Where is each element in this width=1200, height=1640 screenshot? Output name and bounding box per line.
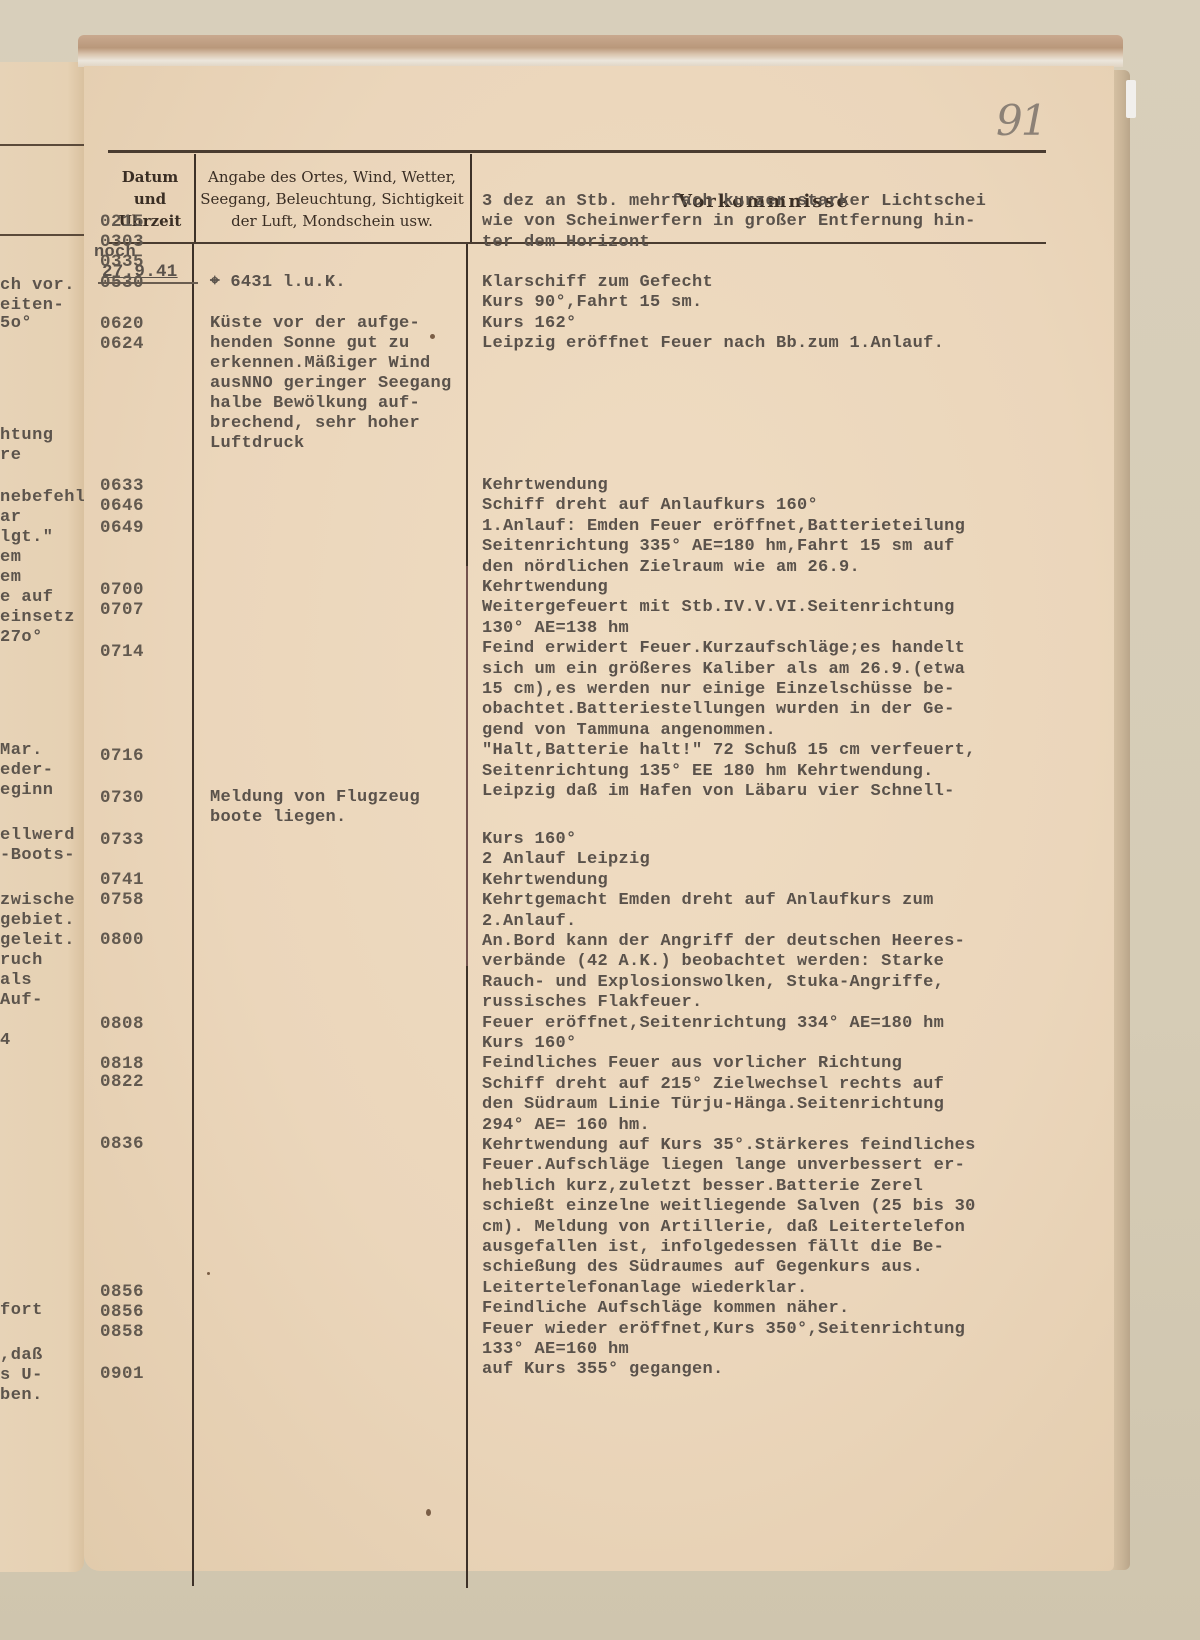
left-page-line: eiten- [0, 296, 82, 315]
time-entry: 0649 [100, 518, 144, 538]
left-page-line: s U- [0, 1366, 82, 1385]
location-line: boote liegen. [210, 808, 347, 828]
left-page-line: eginn [0, 781, 82, 800]
left-page-line: 5o° [0, 314, 82, 333]
event-line: 3 dez an Stb. mehrfach kurzer starker Li… [482, 192, 986, 212]
time-entry: 0856 [100, 1302, 144, 1322]
left-page-line: ben. [0, 1386, 82, 1405]
location-line: Meldung von Flugzeug [210, 788, 420, 808]
left-page-line: eder- [0, 761, 82, 780]
event-line: Schiff dreht auf Anlaufkurs 160° [482, 496, 818, 516]
event-line: An.Bord kann der Angriff der deutschen H… [482, 932, 965, 952]
book-top-edge [78, 35, 1123, 67]
event-line: Klarschiff zum Gefecht [482, 273, 713, 293]
header-top-rule [108, 150, 1046, 153]
event-line: Kurs 162° [482, 314, 577, 334]
time-entry: 0707 [100, 600, 144, 620]
left-page-line: htung [0, 426, 82, 445]
event-line: Seitenrichtung 335° AE=180 hm,Fahrt 15 s… [482, 537, 955, 557]
left-page-line: -Boots- [0, 846, 82, 865]
event-line: den nördlichen Zielraum wie am 26.9. [482, 558, 860, 578]
event-line: "Halt,Batterie halt!" 72 Schuß 15 cm ver… [482, 741, 976, 761]
left-page-line: gebiet. [0, 911, 82, 930]
event-line: 2.Anlauf. [482, 912, 577, 932]
left-page-line: ch vor. [0, 276, 82, 295]
time-entry: 0741 [100, 870, 144, 890]
time-entry: 0822 [100, 1072, 144, 1092]
left-page-line: ar [0, 508, 82, 527]
event-line: sich um ein größeres Kaliber als am 26.9… [482, 660, 965, 680]
event-line: schießt einzelne weitliegende Salven (25… [482, 1197, 976, 1217]
event-line: russisches Flakfeuer. [482, 993, 703, 1013]
event-line: Feuer.Aufschläge liegen lange unverbesse… [482, 1156, 965, 1176]
event-line: cm). Meldung von Artillerie, daß Leitert… [482, 1218, 965, 1238]
event-line: 2 Anlauf Leipzig [482, 850, 650, 870]
time-entry: 0730 [100, 788, 144, 808]
left-page-line: lgt." [0, 528, 82, 547]
faint-red-margin [466, 566, 468, 966]
event-line: Kehrtwendung [482, 578, 608, 598]
event-line: 294° AE= 160 hm. [482, 1116, 650, 1136]
event-line: Seitenrichtung 135° EE 180 hm Kehrtwendu… [482, 762, 934, 782]
time-entry: 0901 [100, 1364, 144, 1384]
event-line: Kurs 160° [482, 1034, 577, 1054]
event-line: Kehrtwendung [482, 476, 608, 496]
left-page-line: Mar. [0, 741, 82, 760]
event-line: gend von Tammuna angenommen. [482, 721, 776, 741]
location-line: Küste vor der aufge- [210, 314, 420, 334]
time-entry: 0714 [100, 642, 144, 662]
event-line: Kurs 90°,Fahrt 15 sm. [482, 293, 703, 313]
page-number: 91 [996, 96, 1045, 145]
left-page-line: 27o° [0, 628, 82, 647]
time-entry: 0215 [100, 212, 144, 232]
time-entry: 0733 [100, 830, 144, 850]
left-page-line: ruch [0, 951, 82, 970]
event-line: Kehrtgemacht Emden dreht auf Anlaufkurs … [482, 891, 934, 911]
event-line: Feuer wieder eröffnet,Kurs 350°,Seitenri… [482, 1320, 965, 1340]
event-line: 15 cm),es werden nur einige Einzelschüss… [482, 680, 955, 700]
event-line: Leipzig eröffnet Feuer nach Bb.zum 1.Anl… [482, 334, 944, 354]
event-line: obachtet.Batteriestellungen wurden in de… [482, 700, 955, 720]
event-line: Weitergefeuert mit Stb.IV.V.VI.Seitenric… [482, 598, 955, 618]
event-line: Kurs 160° [482, 830, 577, 850]
event-line: heblich kurz,zuletzt besser.Batterie Zer… [482, 1177, 923, 1197]
left-page-line: 4 [0, 1031, 82, 1050]
location-line: Luftdruck [210, 434, 305, 454]
time-entry: 0646 [100, 496, 144, 516]
time-entry: 0624 [100, 334, 144, 354]
left-page-fragment: ch vor.eiten-5o°htungrenebefehlarlgt."em… [0, 62, 84, 1572]
left-page-line: em [0, 548, 82, 567]
header-angabe: Angabe des Ortes, Wind, Wetter, Seegang,… [196, 166, 468, 232]
time-entry: 0800 [100, 930, 144, 950]
left-page-line: zwische [0, 891, 82, 910]
left-page-rule [0, 234, 84, 236]
event-line: ter dem Horizont [482, 233, 650, 253]
page-tab-marker [1126, 80, 1136, 118]
event-line: auf Kurs 355° gegangen. [482, 1360, 724, 1380]
event-line: 133° AE=160 hm [482, 1340, 629, 1360]
event-line: Leipzig daß im Hafen von Läbaru vier Sch… [482, 782, 955, 802]
time-entry: 0335 [100, 252, 144, 272]
event-line: 130° AE=138 hm [482, 619, 629, 639]
page-stack-edge [1112, 70, 1130, 1570]
left-page-line: em [0, 568, 82, 587]
left-page-line: einsetz [0, 608, 82, 627]
event-line: verbände (42 A.K.) beobachtet werden: St… [482, 952, 944, 972]
location-line: henden Sonne gut zu [210, 334, 410, 354]
ink-speck [426, 1509, 431, 1516]
time-entry: 0633 [100, 476, 144, 496]
time-entry: 0530 [100, 273, 144, 293]
time-entry: 0303 [100, 232, 144, 252]
event-line: ausgefallen ist, infolgedessen fällt die… [482, 1238, 944, 1258]
left-page-line: nebefehl [0, 488, 82, 507]
location-line: halbe Bewölkung auf- [210, 394, 420, 414]
logbook-page: 91 Datum und Uhrzeit Angabe des Ortes, W… [84, 66, 1114, 1571]
left-page-line: re [0, 446, 82, 465]
left-page-line: ellwerd [0, 826, 82, 845]
time-entry: 0818 [100, 1054, 144, 1074]
time-entry: 0700 [100, 580, 144, 600]
column-divider [470, 154, 472, 242]
column-divider [192, 244, 194, 1586]
location-line: ausNNO geringer Seegang [210, 374, 452, 394]
event-line: Rauch- und Explosionswolken, Stuka-Angri… [482, 973, 944, 993]
ink-speck [207, 1272, 210, 1275]
event-line: Feind erwidert Feuer.Kurzaufschläge;es h… [482, 639, 965, 659]
time-entry: 0858 [100, 1322, 144, 1342]
event-line: Schiff dreht auf 215° Zielwechsel rechts… [482, 1075, 944, 1095]
location-line: erkennen.Mäßiger Wind [210, 354, 431, 374]
event-line: Kehrtwendung auf Kurs 35°.Stärkeres fein… [482, 1136, 976, 1156]
left-page-rule [0, 144, 84, 146]
location-line: brechend, sehr hoher [210, 414, 420, 434]
time-entry: 0808 [100, 1014, 144, 1034]
event-line: Kehrtwendung [482, 871, 608, 891]
event-line: Feuer eröffnet,Seitenrichtung 334° AE=18… [482, 1014, 944, 1034]
time-entry: 0856 [100, 1282, 144, 1302]
event-line: Feindliches Feuer aus vorlicher Richtung [482, 1054, 902, 1074]
location-line: ⌖ 6431 l.u.K. [210, 273, 346, 293]
event-line: Feindliche Aufschläge kommen näher. [482, 1299, 850, 1319]
left-page-line: als [0, 971, 82, 990]
event-line: Leitertelefonanlage wiederklar. [482, 1279, 808, 1299]
event-line: wie von Scheinwerfern in großer Entfernu… [482, 212, 976, 232]
left-page-line: e auf [0, 588, 82, 607]
ink-speck [430, 334, 435, 339]
event-line: 1.Anlauf: Emden Feuer eröffnet,Batteriet… [482, 517, 965, 537]
time-entry: 0758 [100, 890, 144, 910]
left-page-line: geleit. [0, 931, 82, 950]
left-page-line: fort [0, 1301, 82, 1320]
event-line: schießung des Südraumes auf Gegenkurs au… [482, 1258, 923, 1278]
left-page-line: Auf- [0, 991, 82, 1010]
time-entry: 0620 [100, 314, 144, 334]
event-line: den Südraum Linie Türju-Hänga.Seitenrich… [482, 1095, 944, 1115]
left-page-line: ,daß [0, 1346, 82, 1365]
time-entry: 0716 [100, 746, 144, 766]
time-entry: 0836 [100, 1134, 144, 1154]
